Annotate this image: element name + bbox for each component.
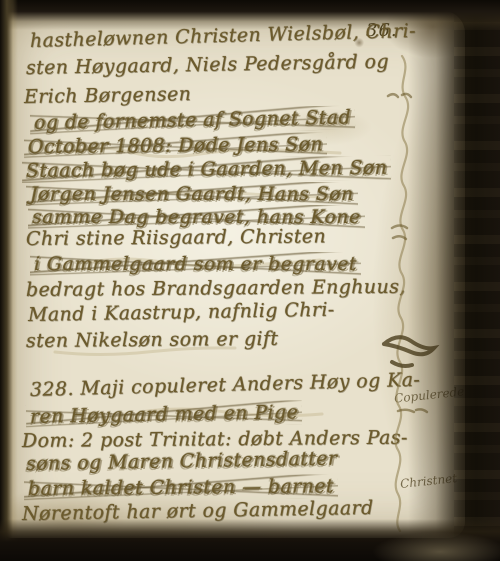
manuscript-line: sten Nikelsøn som er gift xyxy=(26,328,279,352)
manuscript-line: Jørgen Jensen Gaardt, Hans Søn xyxy=(26,182,358,206)
manuscript-line: Staach bøg ude i Gaarden, Men Søn xyxy=(22,156,392,183)
photo-edge-bottom xyxy=(0,519,500,561)
manuscript-line: barn kaldet Christen — barnet xyxy=(24,474,338,501)
scanned-parish-register-photo: 36. hastheløwnen Christen Wielsbøl, Chri… xyxy=(0,0,500,561)
manuscript-line: i Gammelgaard som er begravet xyxy=(30,252,361,276)
manuscript-line: Dom: 2 post Trinitat: døbt Anders Pas- xyxy=(22,427,408,452)
manuscript-line: Erich Børgensen xyxy=(24,83,192,108)
manuscript-line: Chri stine Riisgaard, Christen xyxy=(26,225,326,250)
manuscript-line: October 1808: Døde Jens Søn xyxy=(24,132,327,159)
page-edges-texture xyxy=(454,0,500,561)
photo-edge-left xyxy=(0,0,18,561)
manuscript-line: bedragt hos Brandsgaarden Enghuus, xyxy=(26,276,406,301)
manuscript-line: ren Høygaard med en Pige xyxy=(26,400,303,429)
photo-edge-top xyxy=(0,0,500,30)
